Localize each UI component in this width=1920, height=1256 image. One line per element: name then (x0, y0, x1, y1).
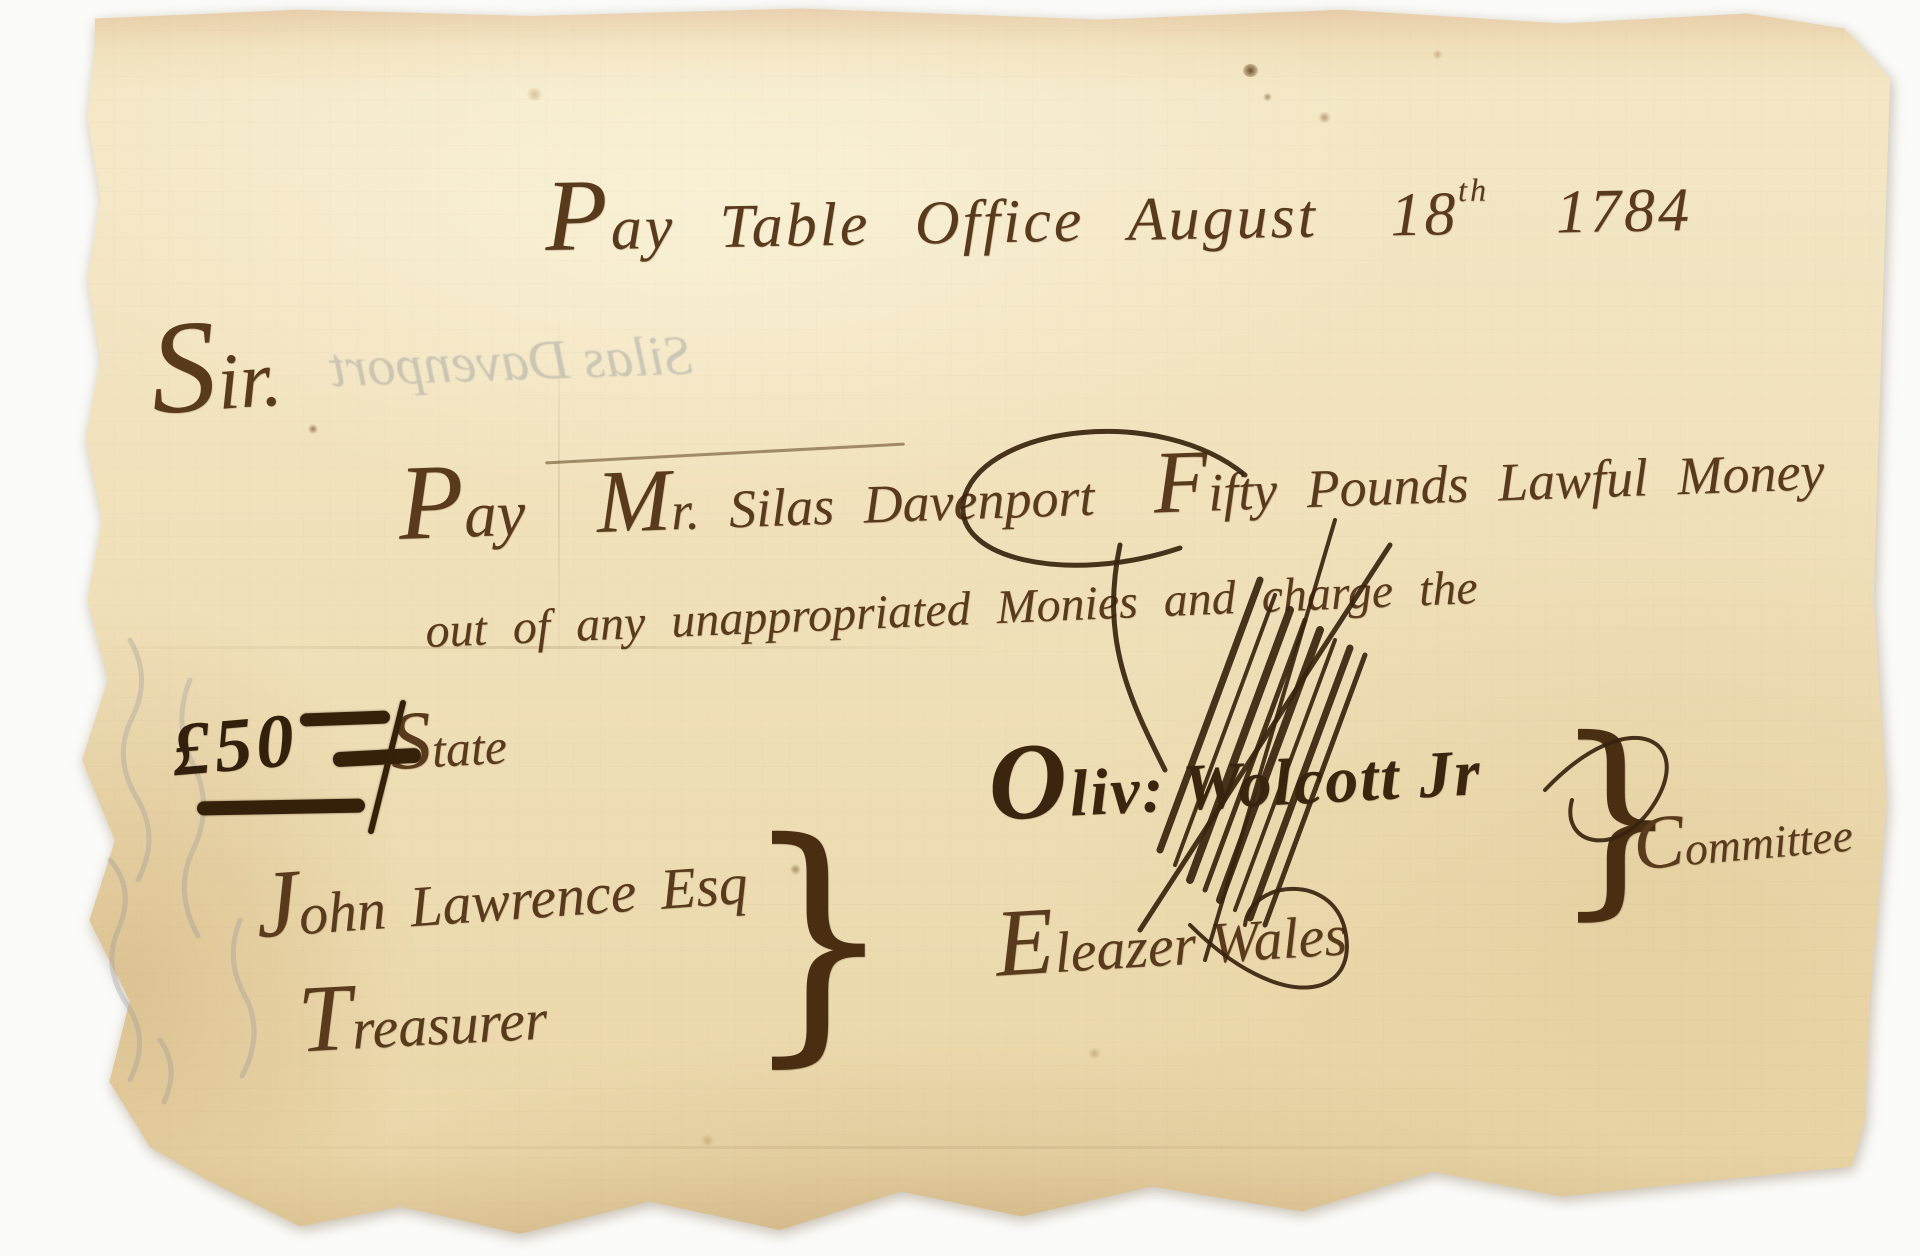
date-day: 18 (1390, 179, 1459, 251)
foxing-spot (700, 1135, 715, 1146)
pay-table-office-title: Pay Table Office August (544, 145, 1319, 275)
pay-verb: Pay (396, 439, 527, 566)
treasurer-title: Treasurer (295, 952, 549, 1075)
foxing-spot (1243, 64, 1258, 77)
foxing-spot (1432, 50, 1443, 59)
treasurer-brace: } (742, 787, 895, 1089)
foxing-spot (308, 424, 318, 434)
foxing-spot (526, 88, 543, 101)
bleedthrough-name: Silas Davenport (329, 324, 693, 401)
amount-figures: £50 (168, 697, 301, 795)
bleedthrough-writing: Silas Davenport (329, 324, 693, 401)
date-year: 1784 (1555, 175, 1692, 248)
treasurer-title-text: Treasurer (295, 952, 549, 1075)
date-day-suffix: th (1458, 172, 1490, 210)
ink-bar-bottom (197, 799, 365, 816)
amount-figures-text: £50 (168, 697, 301, 795)
salutation-text: Sir. (145, 284, 286, 446)
fold-crease (90, 1146, 1780, 1149)
scanned-document-page: Silas Davenport Pay Table Office August … (0, 0, 1920, 1256)
foxing-spot (1263, 93, 1272, 101)
treasurer-brace-glyph: } (742, 787, 895, 1089)
salutation: Sir. (145, 284, 286, 446)
foxing-spot (1318, 112, 1331, 123)
header-line: Pay Table Office August 18th 1784 (544, 138, 1693, 275)
signature-flourish-scribble (880, 370, 1780, 1070)
